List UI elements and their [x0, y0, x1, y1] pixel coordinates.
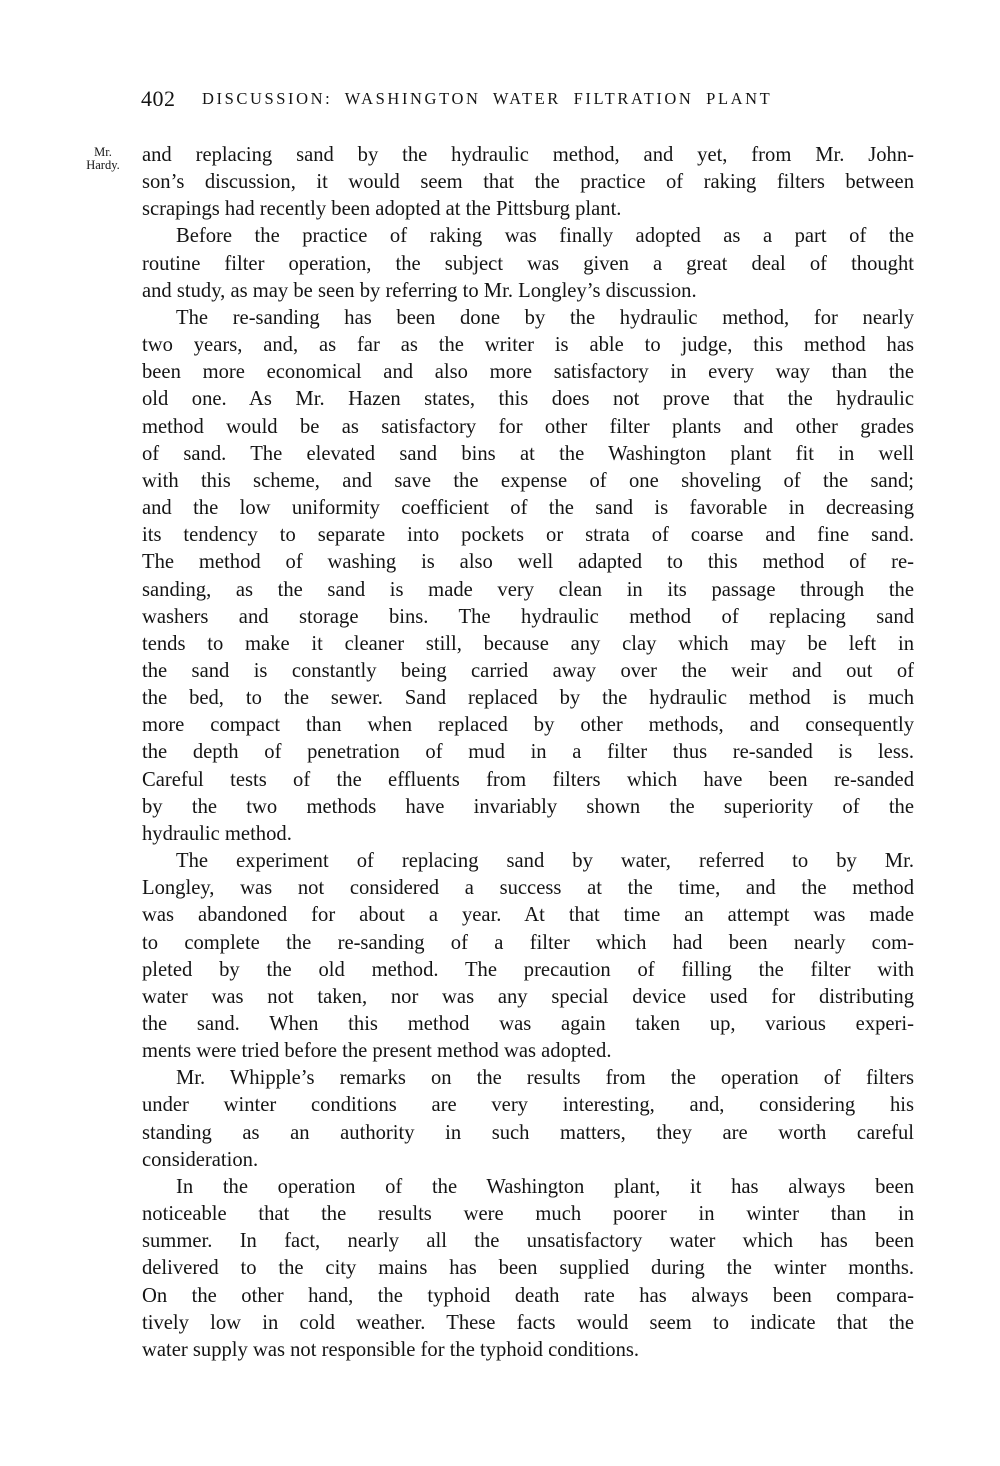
- page-number: 402: [141, 86, 176, 112]
- text-line: ments were tried before the present meth…: [142, 1038, 914, 1065]
- text-line: In the operation of the Washington plant…: [142, 1174, 914, 1201]
- text-line: consideration.: [142, 1147, 914, 1174]
- paragraph: The experiment of replacing sand by wate…: [142, 848, 914, 1065]
- text-line: son’s discussion, it would seem that the…: [142, 169, 914, 196]
- text-line: more compact than when replaced by other…: [142, 712, 914, 739]
- text-line: to complete the re-sanding of a filter w…: [142, 930, 914, 957]
- text-line: and study, as may be seen by referring t…: [142, 278, 914, 305]
- text-line: Longley, was not considered a success at…: [142, 875, 914, 902]
- text-line: was abandoned for about a year. At that …: [142, 902, 914, 929]
- text-line: the sand is constantly being carried awa…: [142, 658, 914, 685]
- text-line: and replacing sand by the hydraulic meth…: [142, 142, 914, 169]
- paragraph: and replacing sand by the hydraulic meth…: [142, 142, 914, 223]
- side-note-name: Hardy.: [75, 159, 131, 172]
- text-line: old one. As Mr. Hazen states, this does …: [142, 386, 914, 413]
- text-line: standing as an authority in such matters…: [142, 1120, 914, 1147]
- text-line: by the two methods have invariably shown…: [142, 794, 914, 821]
- paragraph: The re-sanding has been done by the hydr…: [142, 305, 914, 848]
- text-line: water was not taken, nor was any special…: [142, 984, 914, 1011]
- text-line: of sand. The elevated sand bins at the W…: [142, 441, 914, 468]
- text-line: On the other hand, the typhoid death rat…: [142, 1283, 914, 1310]
- text-line: the sand. When this method was again tak…: [142, 1011, 914, 1038]
- text-line: two years, and, as far as the writer is …: [142, 332, 914, 359]
- text-line: tively low in cold weather. These facts …: [142, 1310, 914, 1337]
- text-line: been more economical and also more satis…: [142, 359, 914, 386]
- text-line: hydraulic method.: [142, 821, 914, 848]
- text-line: the depth of penetration of mud in a fil…: [142, 739, 914, 766]
- text-line: Mr. Whipple’s remarks on the results fro…: [142, 1065, 914, 1092]
- paragraph: Mr. Whipple’s remarks on the results fro…: [142, 1065, 914, 1174]
- text-line: The re-sanding has been done by the hydr…: [142, 305, 914, 332]
- speaker-side-note: Mr. Hardy.: [75, 146, 131, 172]
- running-title: DISCUSSION: WASHINGTON WATER FILTRATION …: [202, 89, 772, 109]
- body-text: and replacing sand by the hydraulic meth…: [142, 142, 914, 1364]
- paragraph: In the operation of the Washington plant…: [142, 1174, 914, 1364]
- text-line: The experiment of replacing sand by wate…: [142, 848, 914, 875]
- text-line: tends to make it cleaner still, because …: [142, 631, 914, 658]
- text-line: water supply was not responsible for the…: [142, 1337, 914, 1364]
- text-line: under winter conditions are very interes…: [142, 1092, 914, 1119]
- text-line: Before the practice of raking was finall…: [142, 223, 914, 250]
- text-line: the bed, to the sewer. Sand replaced by …: [142, 685, 914, 712]
- text-line: noticeable that the results were much po…: [142, 1201, 914, 1228]
- text-line: washers and storage bins. The hydraulic …: [142, 604, 914, 631]
- text-line: with this scheme, and save the expense o…: [142, 468, 914, 495]
- page-header: 402 DISCUSSION: WASHINGTON WATER FILTRAT…: [141, 86, 916, 114]
- text-line: summer. In fact, nearly all the unsatisf…: [142, 1228, 914, 1255]
- text-line: method would be as satisfactory for othe…: [142, 414, 914, 441]
- text-line: pleted by the old method. The precaution…: [142, 957, 914, 984]
- text-line: Careful tests of the effluents from filt…: [142, 767, 914, 794]
- paragraph: Before the practice of raking was finall…: [142, 223, 914, 304]
- text-line: delivered to the city mains has been sup…: [142, 1255, 914, 1282]
- text-line: and the low uniformity coefficient of th…: [142, 495, 914, 522]
- text-line: The method of washing is also well adapt…: [142, 549, 914, 576]
- text-line: its tendency to separate into pockets or…: [142, 522, 914, 549]
- text-line: sanding, as the sand is made very clean …: [142, 577, 914, 604]
- text-line: routine filter operation, the subject wa…: [142, 251, 914, 278]
- text-line: scrapings had recently been adopted at t…: [142, 196, 914, 223]
